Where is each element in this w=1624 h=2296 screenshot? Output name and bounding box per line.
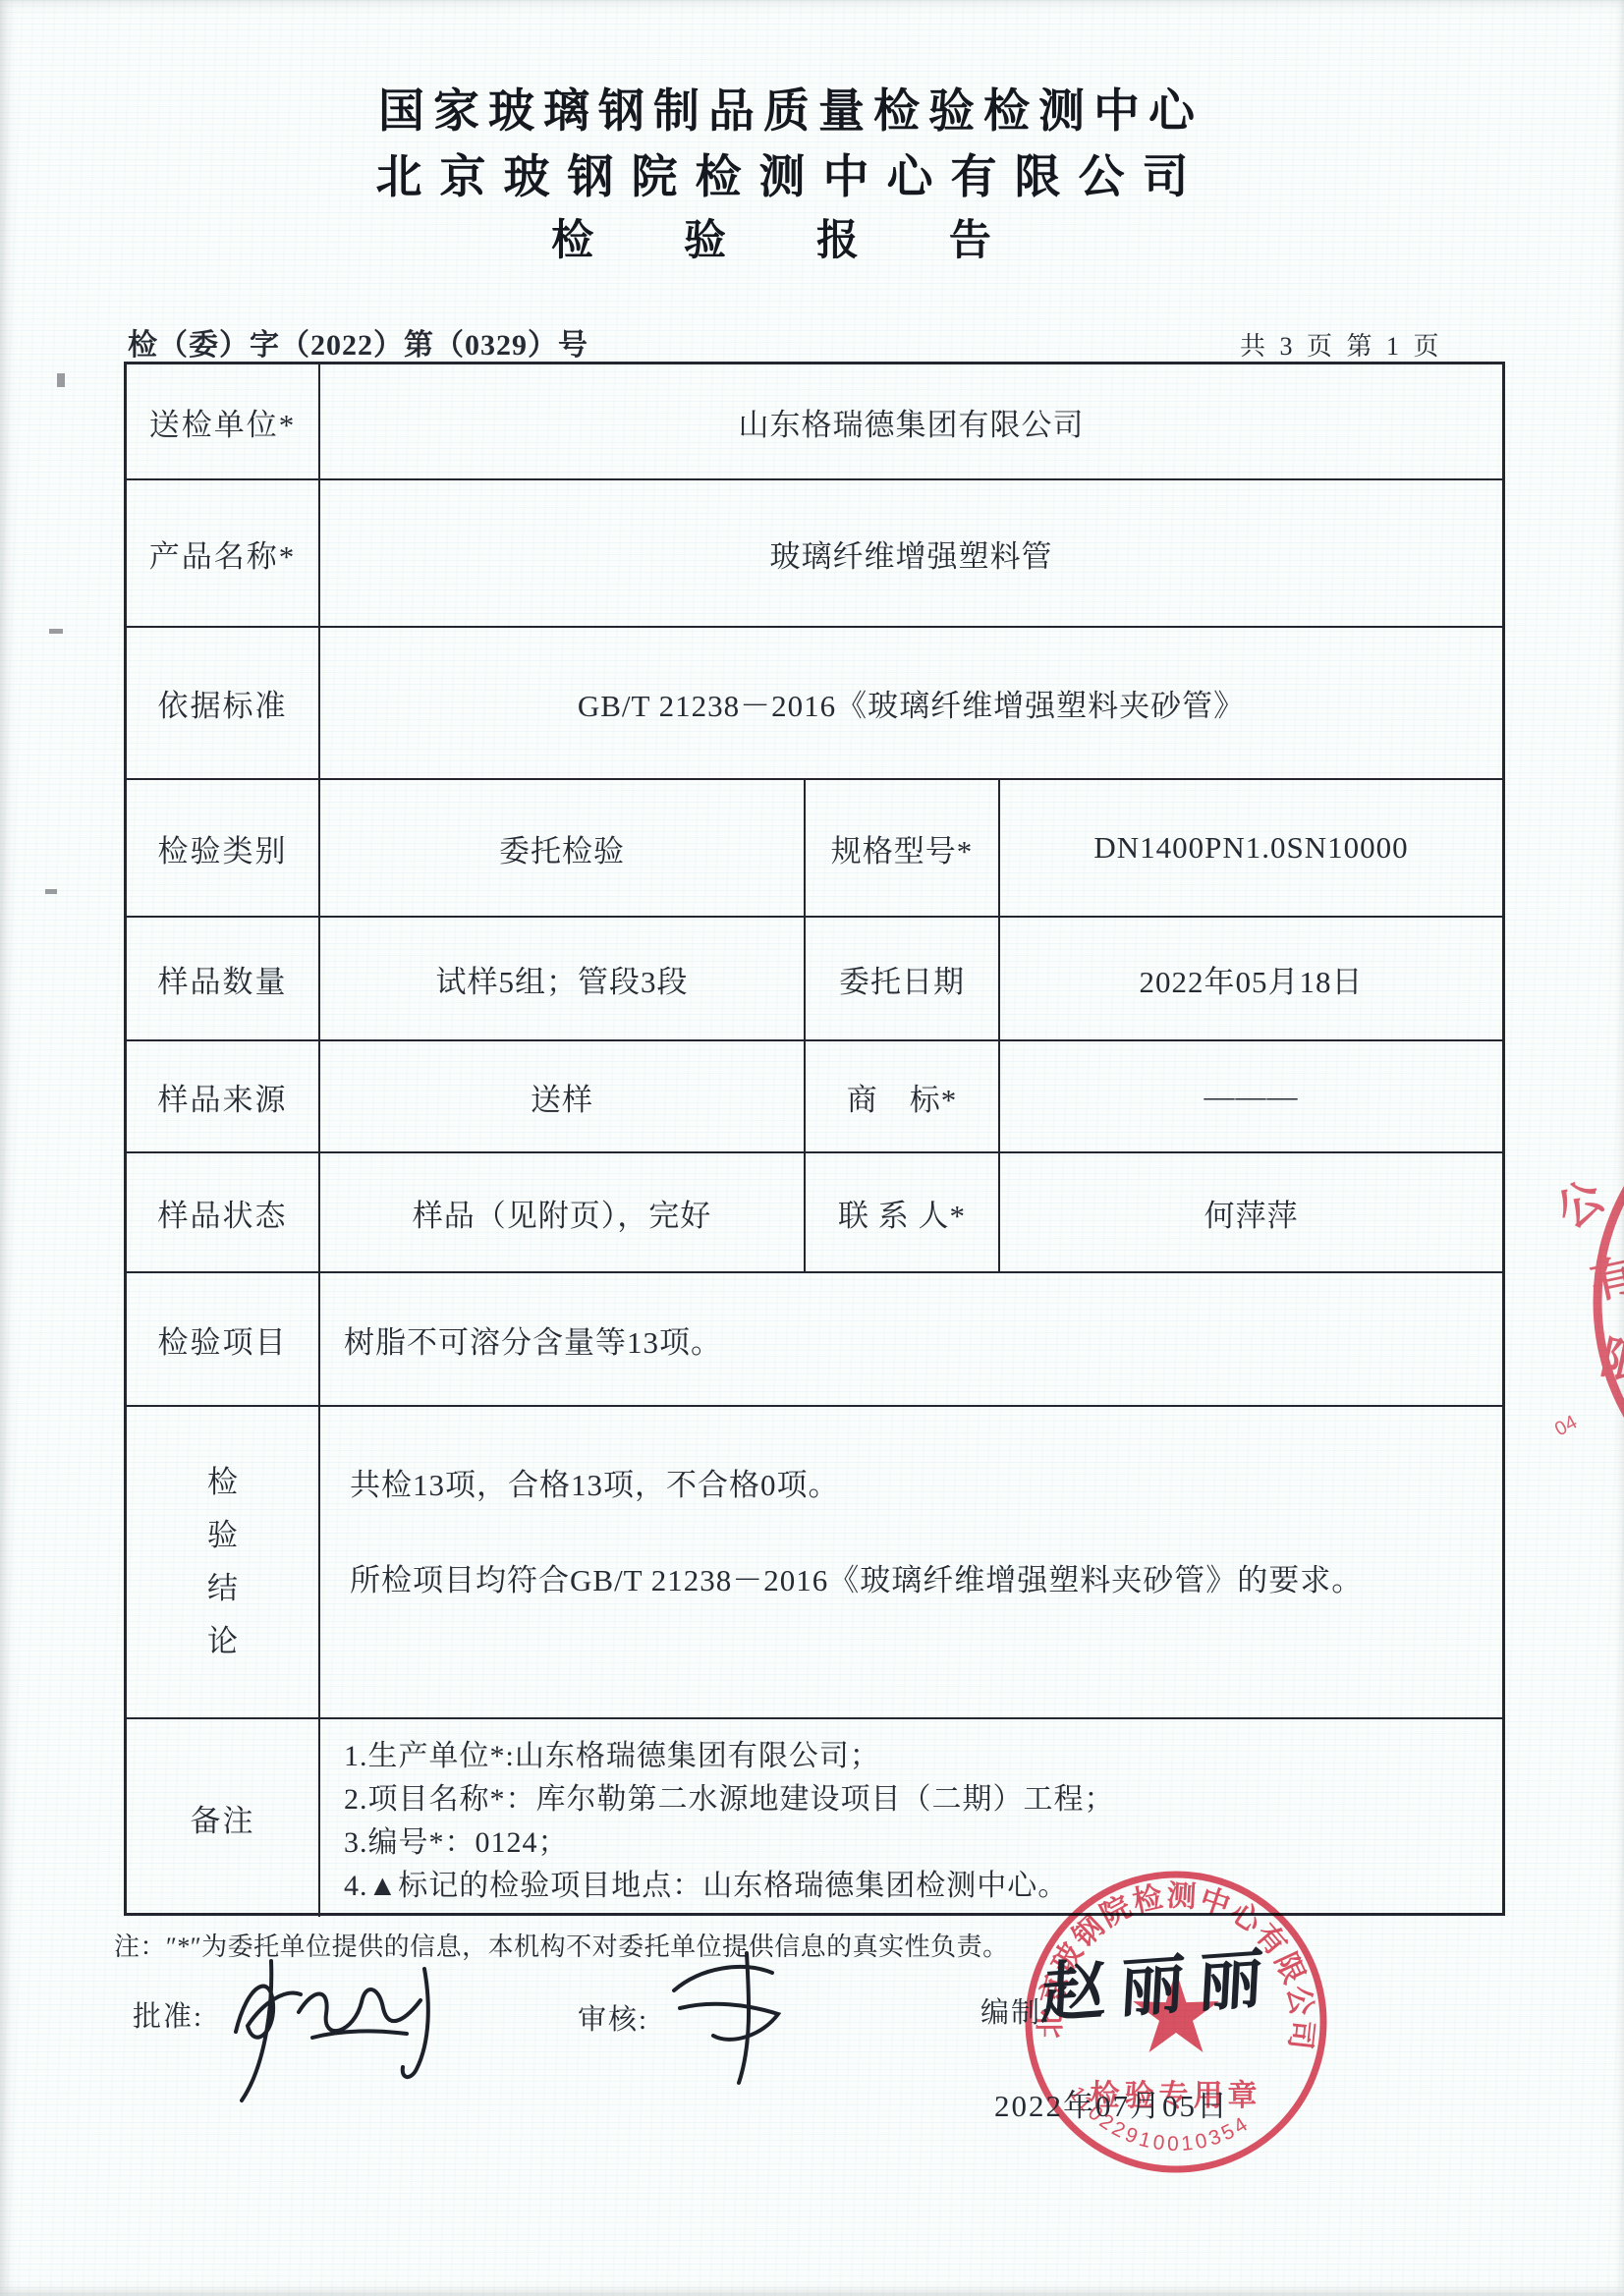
sample-source-label: 样品来源 — [127, 1041, 320, 1151]
trademark-value: ——— — [1000, 1041, 1502, 1151]
approver-signature — [214, 1943, 460, 2110]
table-row-inspect-items: 检验项目 树脂不可溶分含量等13项。 — [127, 1273, 1502, 1407]
edge-seal-char: 公 — [1547, 1171, 1613, 1238]
remark-item: 2.项目名称*：库尔勒第二水源地建设项目（二期）工程； — [344, 1778, 1115, 1821]
table-row-standard: 依据标准 GB/T 21238－2016《玻璃纤维增强塑料夹砂管》 — [127, 628, 1502, 780]
sample-source-value: 送样 — [320, 1041, 806, 1151]
report-date: 2022年07月05日 — [994, 2081, 1229, 2125]
table-row-conclusion: 检验结论 共检13项，合格13项，不合格0项。 所检项目均符合GB/T 2123… — [127, 1407, 1502, 1719]
inspect-items-value: 树脂不可溶分含量等13项。 — [320, 1273, 1502, 1405]
standard-value: GB/T 21238－2016《玻璃纤维增强塑料夹砂管》 — [320, 628, 1502, 778]
edge-seal-char: 有 — [1586, 1250, 1624, 1308]
spec-model-value: DN1400PN1.0SN10000 — [1000, 780, 1502, 916]
sample-qty-value: 试样5组；管段3段 — [320, 918, 806, 1039]
standard-label: 依据标准 — [127, 628, 320, 778]
preparer-signature: 赵丽丽 — [1039, 1925, 1279, 2035]
approve-label: 批准: — [133, 1994, 203, 2035]
report-table: 送检单位* 山东格瑞德集团有限公司 产品名称* 玻璃纤维增强塑料管 依据标准 G… — [124, 362, 1505, 1916]
spec-model-label: 规格型号* — [806, 780, 1000, 916]
table-row-sample-qty: 样品数量 试样5组；管段3段 委托日期 2022年05月18日 — [127, 918, 1502, 1041]
inspect-type-label: 检验类别 — [127, 780, 320, 916]
table-row-sample-source: 样品来源 送样 商 标* ——— — [127, 1041, 1502, 1153]
company-name-title: 北京玻钢院检测中心有限公司 — [59, 140, 1523, 206]
inspect-items-label: 检验项目 — [127, 1273, 320, 1405]
document-title: 检 验 报 告 — [59, 207, 1523, 267]
conclusion-value: 共检13项，合格13项，不合格0项。 所检项目均符合GB/T 21238－201… — [320, 1407, 1502, 1717]
edge-seal-fragment: 公 有 限 04 — [1526, 1120, 1624, 1484]
sample-qty-label: 样品数量 — [127, 918, 320, 1039]
scan-artifact — [49, 629, 63, 634]
center-name-title: 国家玻璃钢制品质量检验检测中心 — [59, 75, 1523, 140]
conclusion-label-text: 检验结论 — [203, 1456, 243, 1669]
report-number: 检（委）字（2022）第（0329）号 — [128, 320, 588, 364]
reviewer-signature — [656, 1943, 813, 2091]
page-count: 共 3 页 第 1 页 — [1240, 326, 1443, 363]
remark-item: 4.▲标记的检验项目地点：山东格瑞德集团检测中心。 — [344, 1865, 1068, 1908]
table-row-sample-state: 样品状态 样品（见附页），完好 联 系 人* 何萍萍 — [127, 1153, 1502, 1273]
sample-state-value: 样品（见附页），完好 — [320, 1153, 806, 1271]
sample-state-label: 样品状态 — [127, 1153, 320, 1271]
sample-unit-value: 山东格瑞德集团有限公司 — [320, 364, 1502, 478]
review-label: 审核: — [578, 1997, 648, 2038]
commission-date-value: 2022年05月18日 — [1000, 918, 1502, 1039]
inspect-type-value: 委托检验 — [320, 780, 806, 916]
contact-value: 何萍萍 — [1000, 1153, 1502, 1271]
trademark-label: 商 标* — [806, 1041, 1000, 1151]
scan-artifact — [45, 889, 57, 894]
commission-date-label: 委托日期 — [806, 918, 1000, 1039]
sample-unit-label: 送检单位* — [127, 364, 320, 478]
conclusion-label: 检验结论 — [127, 1407, 320, 1717]
table-row-product-name: 产品名称* 玻璃纤维增强塑料管 — [127, 480, 1502, 628]
conclusion-line-1: 共检13项，合格13项，不合格0项。 — [350, 1460, 840, 1504]
table-row-inspect-type: 检验类别 委托检验 规格型号* DN1400PN1.0SN10000 — [127, 780, 1502, 918]
conclusion-line-2: 所检项目均符合GB/T 21238－2016《玻璃纤维增强塑料夹砂管》的要求。 — [350, 1555, 1363, 1599]
remark-item: 1.生产单位*:山东格瑞德集团有限公司； — [344, 1735, 880, 1778]
table-row-sample-unit: 送检单位* 山东格瑞德集团有限公司 — [127, 364, 1502, 480]
contact-label: 联 系 人* — [806, 1153, 1000, 1271]
product-name-value: 玻璃纤维增强塑料管 — [320, 480, 1502, 626]
product-name-label: 产品名称* — [127, 480, 320, 626]
remark-item: 3.编号*：0124； — [344, 1821, 569, 1865]
scan-artifact — [57, 373, 65, 387]
scanned-inspection-report-page: 国家玻璃钢制品质量检验检测中心 北京玻钢院检测中心有限公司 检 验 报 告 检（… — [0, 0, 1624, 2296]
edge-seal-digits: 04 — [1551, 1412, 1581, 1441]
remarks-label: 备注 — [127, 1719, 320, 1917]
